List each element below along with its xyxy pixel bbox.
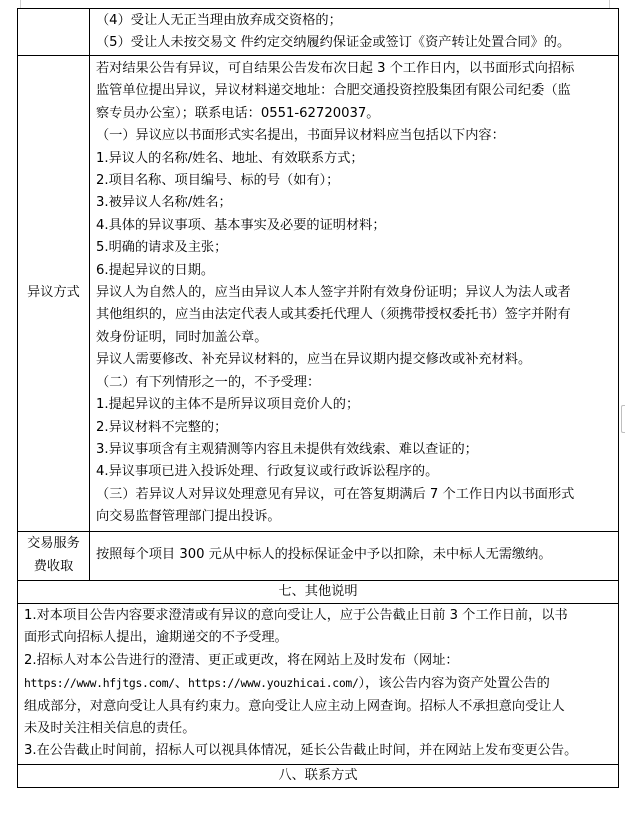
text-line: 4.具体的异议事项、基本事实及必要的证明材料； bbox=[96, 215, 612, 237]
section-7-content: 1.对本项目公告内容要求澄清或有异议的意向受让人，应于公告截止日前 3 个工作日… bbox=[18, 603, 619, 764]
text-line: 效身份证明，同时加盖公章。 bbox=[96, 327, 612, 349]
objection-content: 若对结果公告有异议，可自结果公告发布次日起 3 个工作日内，以书面形式向招标 监… bbox=[90, 56, 619, 532]
text-line: 向交易监督管理部门提出投诉。 bbox=[96, 506, 612, 528]
fee-label-line1: 交易服务 bbox=[24, 533, 83, 555]
website-link-youzhicai[interactable]: https://www.youzhicai.com/ bbox=[188, 676, 359, 690]
objection-label: 异议方式 bbox=[18, 56, 90, 532]
text-line: （二）有下列情形之一的，不予受理： bbox=[96, 372, 612, 394]
page-edge-left bbox=[20, 0, 21, 8]
fee-text: 按照每个项目 300 元从中标人的投标保证金中予以扣除，未中标人无需缴纳。 bbox=[96, 544, 612, 566]
text-line: 1.异议人的名称/姓名、地址、有效联系方式； bbox=[96, 148, 612, 170]
text-line: 异议人需要修改、补充异议材料的，应当在异议期内提交修改或补充材料。 bbox=[96, 349, 612, 371]
text-line: （一）异议应以书面形式实名提出，书面异议材料应当包括以下内容： bbox=[96, 125, 612, 147]
section-8-header-row: 八、联系方式 bbox=[18, 764, 619, 787]
continuation-label bbox=[18, 9, 90, 56]
fee-content: 按照每个项目 300 元从中标人的投标保证金中予以扣除，未中标人无需缴纳。 bbox=[90, 531, 619, 580]
text-line: 2.项目名称、项目编号、标的号（如有）； bbox=[96, 170, 612, 192]
text-line: 5.明确的请求及主张； bbox=[96, 237, 612, 259]
section-7-content-row: 1.对本项目公告内容要求澄清或有异议的意向受让人，应于公告截止日前 3 个工作日… bbox=[18, 603, 619, 764]
text-line: 察专员办公室）；联系电话：0551-62720037。 bbox=[96, 103, 612, 125]
announcement-table: （4）受让人无正当理由放弃成交资格的； （5）受让人未按交易文 件约定交纳履约保… bbox=[17, 8, 619, 788]
text-line: 1.对本项目公告内容要求澄清或有异议的意向受让人，应于公告截止日前 3 个工作日… bbox=[24, 605, 612, 627]
text-line: 4.异议事项已进入投诉处理、行政复议或行政诉讼程序的。 bbox=[96, 461, 612, 483]
text-line: （三）若异议人对异议处理意见有异议，可在答复期满后 7 个工作日内以书面形式 bbox=[96, 484, 612, 506]
text-line: 1.提起异议的主体不是所异议项目竞价人的； bbox=[96, 394, 612, 416]
section-7-header-row: 七、其他说明 bbox=[18, 580, 619, 603]
text-line: 3.异议事项含有主观猜测等内容且未提供有效线索、难以查证的； bbox=[96, 439, 612, 461]
text-line: 异议人为自然人的，应当由异议人本人签字并附有效身份证明；异议人为法人或者 bbox=[96, 282, 612, 304]
fee-label-line2: 费收取 bbox=[24, 556, 83, 578]
text-line: 其他组织的，应当由法定代表人或其委托代理人（须携带授权委托书）签字并附有 bbox=[96, 304, 612, 326]
url-separator: 、 bbox=[175, 676, 188, 691]
text-line: （5）受让人未按交易文 件约定交纳履约保证金或签订《资产转让处置合同》的。 bbox=[96, 32, 612, 54]
text-line: 2.招标人对本公告进行的澄清、更正或更改，将在网站上及时发布（网址： bbox=[24, 650, 612, 672]
text-line: 3.被异议人名称/姓名； bbox=[96, 192, 612, 214]
website-link-hfjtgs[interactable]: https://www.hfjtgs.com/ bbox=[24, 676, 175, 690]
page-edge-right bbox=[609, 0, 610, 8]
text-line: 若对结果公告有异议，可自结果公告发布次日起 3 个工作日内，以书面形式向招标 bbox=[96, 58, 612, 80]
section-7-title: 七、其他说明 bbox=[18, 580, 619, 603]
url-line: https://www.hfjtgs.com/、https://www.youz… bbox=[24, 672, 612, 695]
continuation-content: （4）受让人无正当理由放弃成交资格的； （5）受让人未按交易文 件约定交纳履约保… bbox=[90, 9, 619, 56]
fee-label: 交易服务 费收取 bbox=[18, 531, 90, 580]
url-line-tail: ），该公告内容为资产处置公告的 bbox=[359, 676, 550, 691]
text-line: （4）受让人无正当理由放弃成交资格的； bbox=[96, 10, 612, 32]
text-line: 监管单位提出异议，异议材料递交地址：合肥交通投资控股集团有限公司纪委（监 bbox=[96, 80, 612, 102]
side-panel-tab[interactable] bbox=[621, 405, 625, 433]
fee-row: 交易服务 费收取 按照每个项目 300 元从中标人的投标保证金中予以扣除，未中标… bbox=[18, 531, 619, 580]
text-line: 未及时关注相关信息的责任。 bbox=[24, 718, 612, 740]
continuation-row: （4）受让人无正当理由放弃成交资格的； （5）受让人未按交易文 件约定交纳履约保… bbox=[18, 9, 619, 56]
text-line: 2.异议材料不完整的； bbox=[96, 417, 612, 439]
section-8-title: 八、联系方式 bbox=[18, 764, 619, 787]
text-line: 6.提起异议的日期。 bbox=[96, 260, 612, 282]
text-line: 3.在公告截止时间前，招标人可以视具体情况，延长公告截止时间，并在网站上发布变更… bbox=[24, 740, 612, 762]
text-line: 组成部分，对意向受让人具有约束力。意向受让人应主动上网查询。招标人不承担意向受让… bbox=[24, 696, 612, 718]
objection-row: 异议方式 若对结果公告有异议，可自结果公告发布次日起 3 个工作日内，以书面形式… bbox=[18, 56, 619, 532]
text-line: 面形式向招标人提出，逾期递交的不予受理。 bbox=[24, 627, 612, 649]
